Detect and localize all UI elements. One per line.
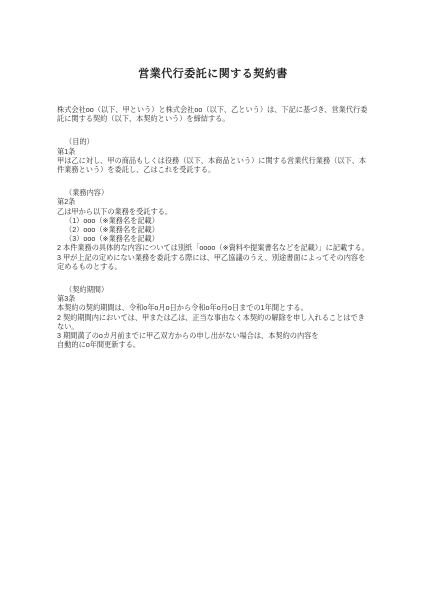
- section-business-scope-clause-3: 3 甲が上記の定めにない業務を委託する際には、甲乙協議のうえ、別途書面によってそ…: [57, 253, 369, 271]
- contract-document-page: 営業代行委託に関する契約書 株式会社oo（以下、甲という）と株式会社oo（以下、…: [0, 0, 425, 600]
- section-business-scope: （業務内容） 第2条 乙は甲から以下の業務を受託する。 （1）ooo（※業務名を…: [57, 188, 369, 271]
- section-business-scope-heading: （業務内容）: [57, 188, 369, 197]
- section-contract-term-clause-3: 3 期間満了のoカ月前までに甲乙双方からの申し出がない場合は、本契約の内容を 自…: [57, 331, 369, 349]
- section-business-scope-article-number: 第2条: [57, 197, 369, 206]
- section-contract-term-heading: （契約期間）: [57, 285, 369, 294]
- business-scope-list-item-2: （2）ooo（※業務名を記載）: [57, 225, 369, 234]
- section-business-scope-clause-2: 2 本件業務の具体的な内容については別紙「oooo（※資料や提案書名などを記載）…: [57, 243, 369, 252]
- section-contract-term: （契約期間） 第3条 本契約の契約期間は、令和o年o月o日から令和o年o月o日ま…: [57, 285, 369, 349]
- section-business-scope-clause-1: 乙は甲から以下の業務を受託する。: [57, 207, 369, 216]
- business-scope-list-item-3: （3）ooo（※業務名を記載）: [57, 234, 369, 243]
- contract-content: 営業代行委託に関する契約書 株式会社oo（以下、甲という）と株式会社oo（以下、…: [57, 65, 369, 349]
- preamble-paragraph: 株式会社oo（以下、甲という）と株式会社oo（以下、乙という）は、下記に基づき、…: [57, 105, 369, 123]
- section-contract-term-clause-1: 本契約の契約期間は、令和o年o月o日から令和o年o月o日までの1年間とする。: [57, 303, 369, 312]
- section-contract-term-clause-2: 2 契約期間内においては、甲または乙は、正当な事由なく本契約の解除を申し入れるこ…: [57, 313, 369, 331]
- business-scope-list-item-1: （1）ooo（※業務名を記載）: [57, 216, 369, 225]
- section-purpose-article-number: 第1条: [57, 147, 369, 156]
- section-purpose: （目的） 第1条 甲は乙に対し、甲の商品もしくは役務（以下、本商品という）に関す…: [57, 137, 369, 174]
- section-contract-term-article-number: 第3条: [57, 294, 369, 303]
- section-purpose-heading: （目的）: [57, 137, 369, 146]
- section-purpose-clause-1: 甲は乙に対し、甲の商品もしくは役務（以下、本商品という）に関する営業代行業務（以…: [57, 156, 369, 174]
- document-title: 営業代行委託に関する契約書: [57, 65, 369, 81]
